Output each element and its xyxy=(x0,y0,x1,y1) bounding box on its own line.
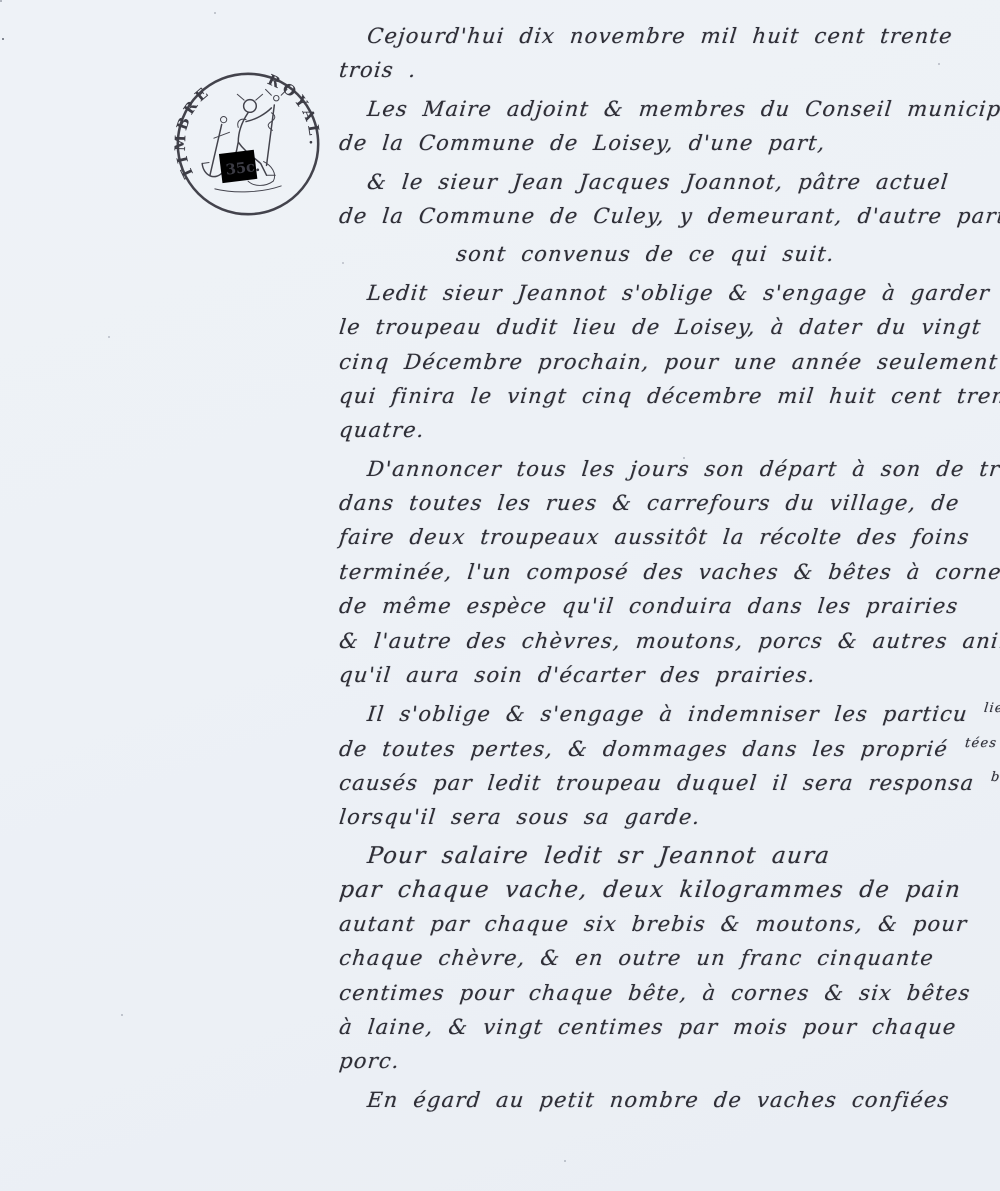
manuscript-line: qu'il aura soin d'écarter des prairies. xyxy=(338,663,1000,697)
manuscript-line: Il s'oblige & s'engage à indemniser les … xyxy=(338,701,1000,735)
line-text: terminée, l'un composé des vaches & bête… xyxy=(338,560,1000,584)
manuscript-line: de toutes pertes, & dommages dans les pr… xyxy=(338,736,1000,770)
document-page: TIMBRE ROYAL. xyxy=(0,0,1000,1191)
manuscript-line: faire deux troupeaux aussitôt la récolte… xyxy=(338,525,1000,559)
manuscript-line: qui finira le vingt cinq décembre mil hu… xyxy=(338,384,1000,418)
manuscript-line: En égard au petit nombre de vaches confi… xyxy=(338,1088,1000,1122)
line-text: sont convenus de ce qui suit. xyxy=(455,242,836,266)
manuscript-line: autant par chaque six brebis & moutons, … xyxy=(338,912,1000,946)
line-text: Pour salaire ledit sr Jeannot aura xyxy=(366,843,831,869)
manuscript-line: causés par ledit troupeau duquel il sera… xyxy=(338,770,1000,804)
manuscript-line: à laine, & vingt centimes par mois pour … xyxy=(338,1015,1000,1049)
manuscript-line: Cejourd'hui dix novembre mil huit cent t… xyxy=(338,24,1000,58)
line-text: autant par chaque six brebis & moutons, … xyxy=(338,912,969,936)
line-text: D'annoncer tous les jours son départ à s… xyxy=(366,457,1000,481)
denomination-plinth: 35c. xyxy=(219,149,261,183)
line-text: Les Maire adjoint & membres du Conseil m… xyxy=(366,97,1000,121)
line-text: par chaque vache, deux kilogrammes de pa… xyxy=(338,877,962,903)
line-text: Cejourd'hui dix novembre mil huit cent t… xyxy=(366,24,954,48)
line-superscript: liers xyxy=(984,701,1000,716)
line-text: porc. xyxy=(338,1049,401,1073)
manuscript-line: Ledit sieur Jeannot s'oblige & s'engage … xyxy=(338,281,1000,315)
stamp-caption-left: TIMBRE xyxy=(172,83,214,181)
manuscript-line: trois . xyxy=(338,58,1000,92)
line-text: trois . xyxy=(338,58,418,82)
manuscript-line: quatre. xyxy=(338,418,1000,452)
line-text: causés par ledit troupeau duquel il sera… xyxy=(338,771,976,795)
line-text: cinq Décembre prochain, pour une année s… xyxy=(338,350,999,374)
line-superscript: ble xyxy=(990,770,1000,785)
line-text: de la Commune de Culey, y demeurant, d'a… xyxy=(338,204,1000,228)
line-text: à laine, & vingt centimes par mois pour … xyxy=(338,1015,958,1039)
line-superscript: tées xyxy=(964,736,998,751)
line-text: le troupeau dudit lieu de Loisey, à date… xyxy=(338,315,983,339)
manuscript-line: par chaque vache, deux kilogrammes de pa… xyxy=(338,877,1000,911)
manuscript-line: cinq Décembre prochain, pour une année s… xyxy=(338,350,1000,384)
manuscript-line: centimes pour chaque bête, à cornes & si… xyxy=(338,981,1000,1015)
line-text: centimes pour chaque bête, à cornes & si… xyxy=(338,981,972,1005)
stamp-ground xyxy=(215,186,281,192)
line-text: de toutes pertes, & dommages dans les pr… xyxy=(338,737,949,761)
line-text: de même espèce qu'il conduira dans les p… xyxy=(338,594,960,618)
manuscript-line: Pour salaire ledit sr Jeannot aura xyxy=(338,843,1000,877)
paper-specks xyxy=(0,0,2,2)
line-text: chaque chèvre, & en outre un franc cinqu… xyxy=(338,946,935,970)
line-text: & le sieur Jean Jacques Joannot, pâtre a… xyxy=(366,170,950,194)
manuscript-line: lorsqu'il sera sous sa garde. xyxy=(338,805,1000,839)
manuscript-line: & le sieur Jean Jacques Joannot, pâtre a… xyxy=(338,170,1000,204)
manuscript-line: D'annoncer tous les jours son départ à s… xyxy=(338,457,1000,491)
manuscript-text: Cejourd'hui dix novembre mil huit cent t… xyxy=(338,24,1000,1122)
line-text: lorsqu'il sera sous sa garde. xyxy=(338,805,702,829)
line-text: de la Commune de Loisey, d'une part, xyxy=(338,131,827,155)
manuscript-line: dans toutes les rues & carrefours du vil… xyxy=(338,491,1000,525)
manuscript-line: terminée, l'un composé des vaches & bête… xyxy=(338,560,1000,594)
royal-stamp: TIMBRE ROYAL. xyxy=(170,66,326,222)
line-text: quatre. xyxy=(338,418,426,442)
manuscript-line: de la Commune de Culey, y demeurant, d'a… xyxy=(338,204,1000,238)
manuscript-line: sont convenus de ce qui suit. xyxy=(338,242,1000,276)
line-text: faire deux troupeaux aussitôt la récolte… xyxy=(338,525,971,549)
line-text: & l'autre des chèvres, moutons, porcs & … xyxy=(338,629,1000,653)
manuscript-line: le troupeau dudit lieu de Loisey, à date… xyxy=(338,315,1000,349)
manuscript-line: porc. xyxy=(338,1049,1000,1083)
manuscript-line: Les Maire adjoint & membres du Conseil m… xyxy=(338,97,1000,131)
manuscript-line: de même espèce qu'il conduira dans les p… xyxy=(338,594,1000,628)
line-text: qu'il aura soin d'écarter des prairies. xyxy=(338,663,817,687)
caduceus-icon xyxy=(266,89,287,165)
line-text: Ledit sieur Jeannot s'oblige & s'engage … xyxy=(366,281,991,305)
line-text: En égard au petit nombre de vaches confi… xyxy=(366,1088,951,1112)
line-text: dans toutes les rues & carrefours du vil… xyxy=(338,491,961,515)
manuscript-line: & l'autre des chèvres, moutons, porcs & … xyxy=(338,629,1000,663)
manuscript-line: chaque chèvre, & en outre un franc cinqu… xyxy=(338,946,1000,980)
manuscript-line: de la Commune de Loisey, d'une part, xyxy=(338,131,1000,165)
line-text: qui finira le vingt cinq décembre mil hu… xyxy=(338,384,1000,408)
line-text: Il s'oblige & s'engage à indemniser les … xyxy=(366,702,969,726)
